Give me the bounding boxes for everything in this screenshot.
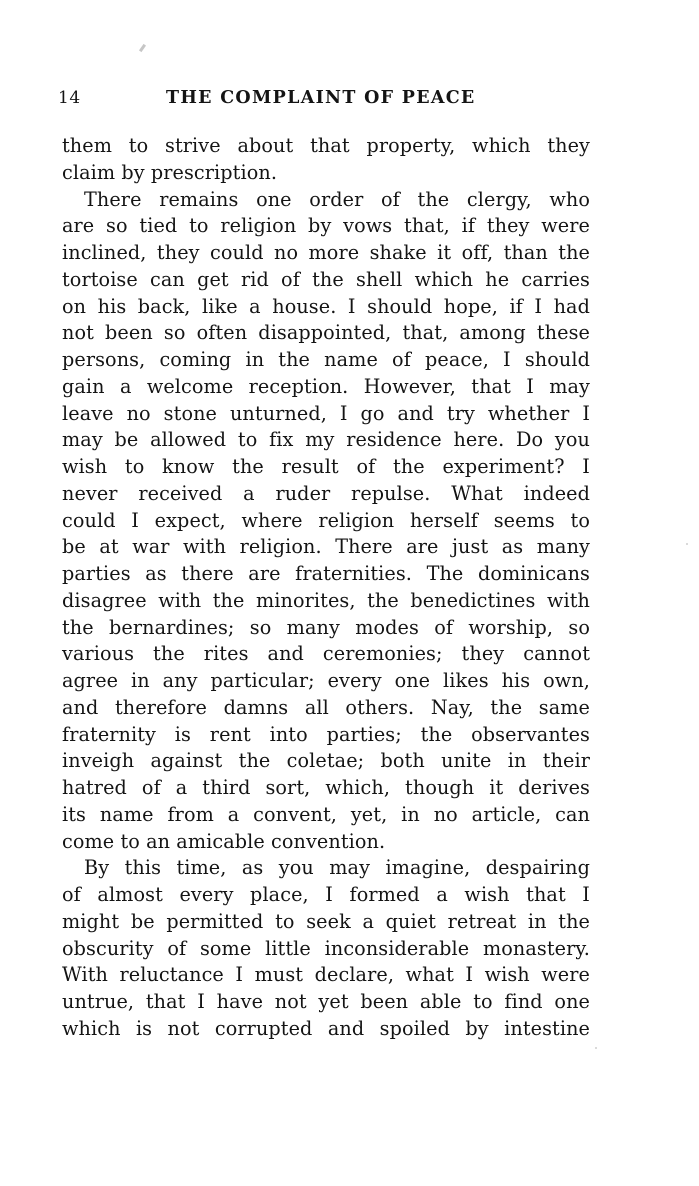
text-line: of almost every place, I formed a wish t… (62, 882, 590, 909)
text-line: be at war with religion. There are just … (62, 534, 590, 561)
paragraph-first-line: By this time, as you may imagine, despai… (62, 855, 590, 882)
text-line: With reluctance I must declare, what I w… (62, 962, 590, 989)
text-line: wish to know the result of the experimen… (62, 454, 590, 481)
text-line: claim by prescription. (62, 160, 590, 187)
text-line: inveigh against the coletae; both unite … (62, 748, 590, 775)
book-page: 14 THE COMPLAINT OF PEACE them to strive… (0, 0, 699, 1186)
text-line: obscurity of some little inconsiderable … (62, 936, 590, 963)
page-number: 14 (58, 86, 81, 110)
text-line: are so tied to religion by vows that, if… (62, 213, 590, 240)
text-line: untrue, that I have not yet been able to… (62, 989, 590, 1016)
text-line: come to an amicable convention. (62, 829, 590, 856)
text-line: various the rites and ceremonies; they c… (62, 641, 590, 668)
text-line: hatred of a third sort, which, though it… (62, 775, 590, 802)
scan-speck (595, 1047, 597, 1049)
paragraph-first-line: There remains one order of the clergy, w… (62, 187, 590, 214)
text-line: persons, coming in the name of peace, I … (62, 347, 590, 374)
text-line: may be allowed to fix my residence here.… (62, 427, 590, 454)
text-line: which is not corrupted and spoiled by in… (62, 1016, 590, 1043)
scan-artifact-mark (139, 44, 146, 52)
text-line: disagree with the minorites, the benedic… (62, 588, 590, 615)
text-line: its name from a convent, yet, in no arti… (62, 802, 590, 829)
text-line: and therefore damns all others. Nay, the… (62, 695, 590, 722)
text-line: the bernardines; so many modes of worshi… (62, 615, 590, 642)
text-line: fraternity is rent into parties; the obs… (62, 722, 590, 749)
text-line: leave no stone unturned, I go and try wh… (62, 401, 590, 428)
text-line: on his back, like a house. I should hope… (62, 294, 590, 321)
text-line: tortoise can get rid of the shell which … (62, 267, 590, 294)
running-head: 14 THE COMPLAINT OF PEACE (58, 86, 598, 110)
scan-speck (686, 543, 688, 545)
running-title: THE COMPLAINT OF PEACE (166, 86, 476, 110)
text-line: gain a welcome reception. However, that … (62, 374, 590, 401)
text-line: not been so often disappointed, that, am… (62, 320, 590, 347)
text-line: inclined, they could no more shake it of… (62, 240, 590, 267)
text-line: parties as there are fraternities. The d… (62, 561, 590, 588)
text-line: might be permitted to seek a quiet retre… (62, 909, 590, 936)
text-line: them to strive about that property, whic… (62, 133, 590, 160)
body-text: them to strive about that property, whic… (62, 133, 590, 1043)
text-line: could I expect, where religion herself s… (62, 508, 590, 535)
text-line: agree in any particular; every one likes… (62, 668, 590, 695)
text-line: never received a ruder repulse. What ind… (62, 481, 590, 508)
